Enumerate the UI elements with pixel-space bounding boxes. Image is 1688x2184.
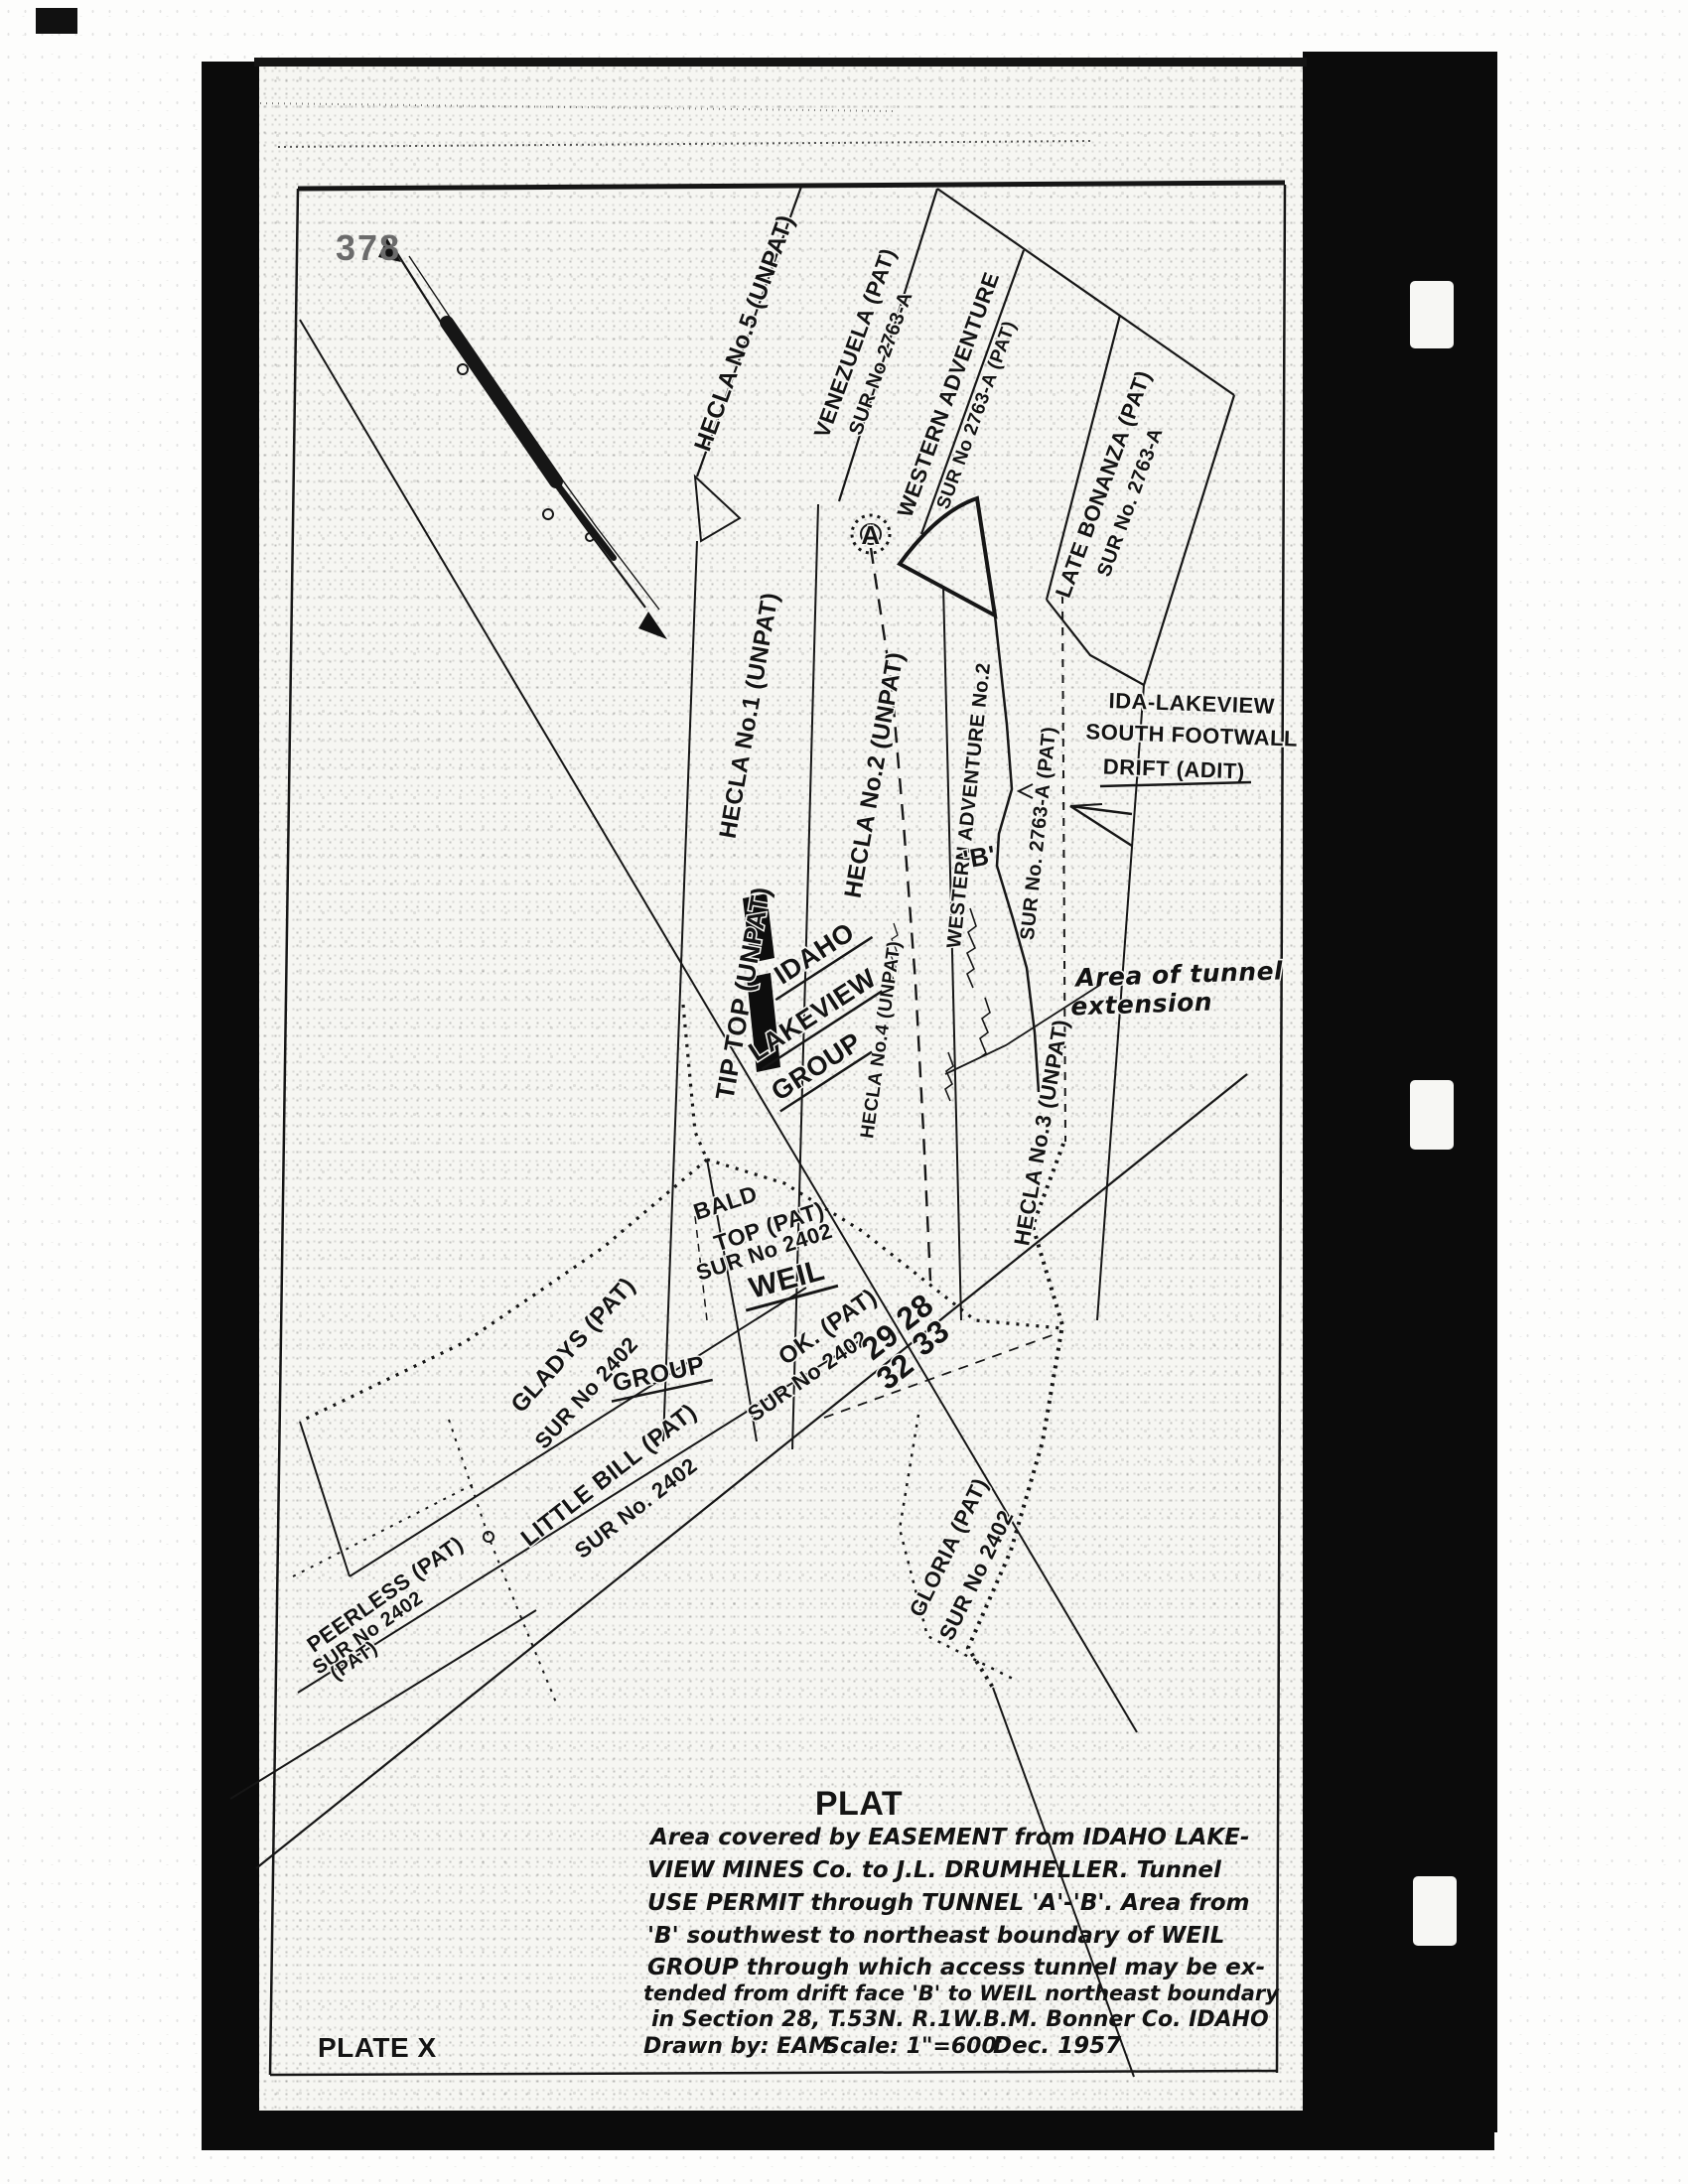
title-line-7: in Section 28, T.53N. R.1W.B.M. Bonner C… <box>651 2007 1269 2032</box>
film-strip-right <box>1303 52 1497 2132</box>
claim-label-western-adventure-2: WESTERN ADVENTURE No.2 <box>943 661 995 949</box>
drawn-by-label: Drawn by: EAM. <box>643 2034 838 2059</box>
point-a-label: A <box>861 520 880 550</box>
title-block: PLAT Area covered by EASEMENT from IDAHO… <box>643 1785 1280 2059</box>
arrowhead-icon <box>638 612 667 639</box>
scan-corner-mark <box>36 8 77 34</box>
point-b-label: 'B' <box>961 840 998 875</box>
claim-label-hecla-3: HECLA No.3 (UNPAT) <box>1009 1018 1073 1248</box>
claim-label-hecla-1: HECLA No.1 (UNPAT) <box>715 591 784 841</box>
sprocket-hole <box>1413 1876 1457 1946</box>
claim-survey-2763a: SUR No. 2763-A (PAT) <box>1017 726 1060 941</box>
drift-annotation: IDA-LAKEVIEW SOUTH FOOTWALL DRIFT (ADIT) <box>1070 688 1298 846</box>
drift-text-1: IDA-LAKEVIEW <box>1108 688 1275 719</box>
title-line-6: tended from drift face 'B' to WEIL north… <box>643 1981 1280 2005</box>
adit-arrow-icon <box>1019 784 1033 798</box>
title-line-1: Area covered by EASEMENT from IDAHO LAKE… <box>648 1825 1249 1850</box>
drift-text-2: SOUTH FOOTWALL <box>1085 719 1298 751</box>
scanned-plat-page: A <box>0 0 1688 2184</box>
film-strip-left <box>202 62 259 2115</box>
tunnel-ext-text-1: Area of tunnel <box>1073 956 1284 992</box>
title-line-5: GROUP through which access tunnel may be… <box>647 1955 1265 1980</box>
plate-label: PLATE X <box>318 2032 437 2063</box>
claim-label-hecla-2: HECLA No.2 (UNPAT) <box>840 650 910 900</box>
drift-pointer-arrow-icon <box>1070 806 1132 846</box>
tunnel-extension-annotation: Area of tunnel extension <box>945 956 1284 1074</box>
title-line-3: USE PERMIT through TUNNEL 'A'-'B'. Area … <box>647 1890 1250 1916</box>
film-edge-bottom <box>202 2111 1494 2150</box>
sprocket-hole <box>1410 281 1454 348</box>
road-line <box>378 238 667 639</box>
survey-scribbles <box>890 908 990 1101</box>
title-line-2: VIEW MINES Co. to J.L. DRUMHELLER. Tunne… <box>647 1857 1222 1883</box>
page-stamp-number: 378 <box>336 227 401 268</box>
film-edge-top <box>254 58 1307 67</box>
tunnel-ext-text-2: extension <box>1070 988 1213 1022</box>
title-line-4: 'B' southwest to northeast boundary of W… <box>647 1923 1224 1949</box>
drift-text-3: DRIFT (ADIT) <box>1102 754 1245 784</box>
plat-map-drawing: A <box>0 0 1688 2184</box>
plat-title: PLAT <box>815 1785 903 1823</box>
point-a-marker: A <box>852 515 890 553</box>
sprocket-hole <box>1410 1080 1454 1150</box>
claim-label-hecla-5: HECLA No.5 (UNPAT) <box>689 211 799 455</box>
scale-label: Scale: 1"=600' <box>824 2034 1004 2059</box>
date-label: Dec. 1957 <box>993 2033 1121 2059</box>
